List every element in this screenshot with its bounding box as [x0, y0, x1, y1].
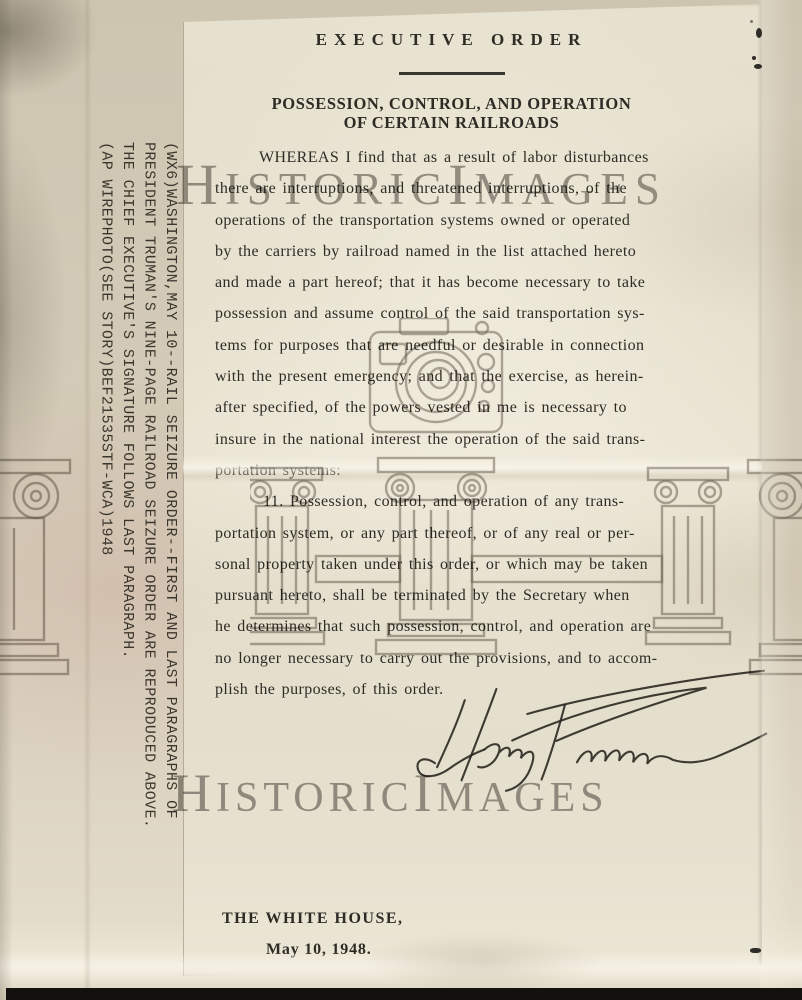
caption-line: THE CHIEF EXECUTIVE'S SIGNATURE FOLLOWS … [117, 142, 139, 932]
header-rule [399, 72, 505, 75]
title-line-2: OF CERTAIN RAILROADS [183, 113, 720, 132]
watermark-letter: H [172, 763, 216, 823]
historicimages-watermark: HISTORICIMAGES [176, 156, 667, 214]
document-title: POSSESSION, CONTROL, AND OPERATION OF CE… [183, 94, 720, 132]
body-line: and made a part hereof; that it has beco… [215, 267, 657, 298]
column-fragment-icon [746, 452, 802, 692]
watermark-text: ISTORIC [225, 164, 448, 214]
watermark-text: MAGES [437, 775, 609, 821]
ink-mark [754, 64, 762, 69]
photo-bottom-border [6, 988, 802, 1000]
camera-columns-logo-icon [250, 318, 770, 668]
column-fragment-icon [0, 452, 72, 692]
closing-date: May 10, 1948. [266, 941, 404, 959]
body-line: by the carriers by railroad named in the… [215, 236, 657, 267]
watermark-letter: I [414, 763, 437, 823]
watermark-letter: H [176, 152, 225, 217]
watermark-text: MAGES [474, 164, 667, 214]
document-header: EXECUTIVE ORDER [183, 30, 720, 50]
caption-line: (AP WIREPHOTO(SEE STORY)BEF21535STF-WCA)… [95, 142, 117, 932]
wirephoto-caption: (WX6)WASHINGTON,MAY 10--RAIL SEIZURE ORD… [93, 142, 181, 932]
caption-line: PRESIDENT TRUMAN'S NINE-PAGE RAILROAD SE… [138, 142, 160, 932]
ink-mark [750, 948, 761, 953]
closing-place: THE WHITE HOUSE, [222, 910, 404, 928]
document-closing: THE WHITE HOUSE, May 10, 1948. [222, 910, 404, 959]
ink-mark [752, 56, 756, 60]
press-photo: EXECUTIVE ORDER POSSESSION, CONTROL, AND… [0, 0, 802, 1000]
watermark-text: ISTORIC [216, 775, 414, 821]
title-line-1: POSSESSION, CONTROL, AND OPERATION [183, 94, 720, 113]
historicimages-watermark: HISTORICIMAGES [172, 766, 609, 820]
watermark-letter: I [448, 152, 474, 217]
ink-mark [750, 20, 753, 23]
ink-mark [756, 28, 762, 38]
